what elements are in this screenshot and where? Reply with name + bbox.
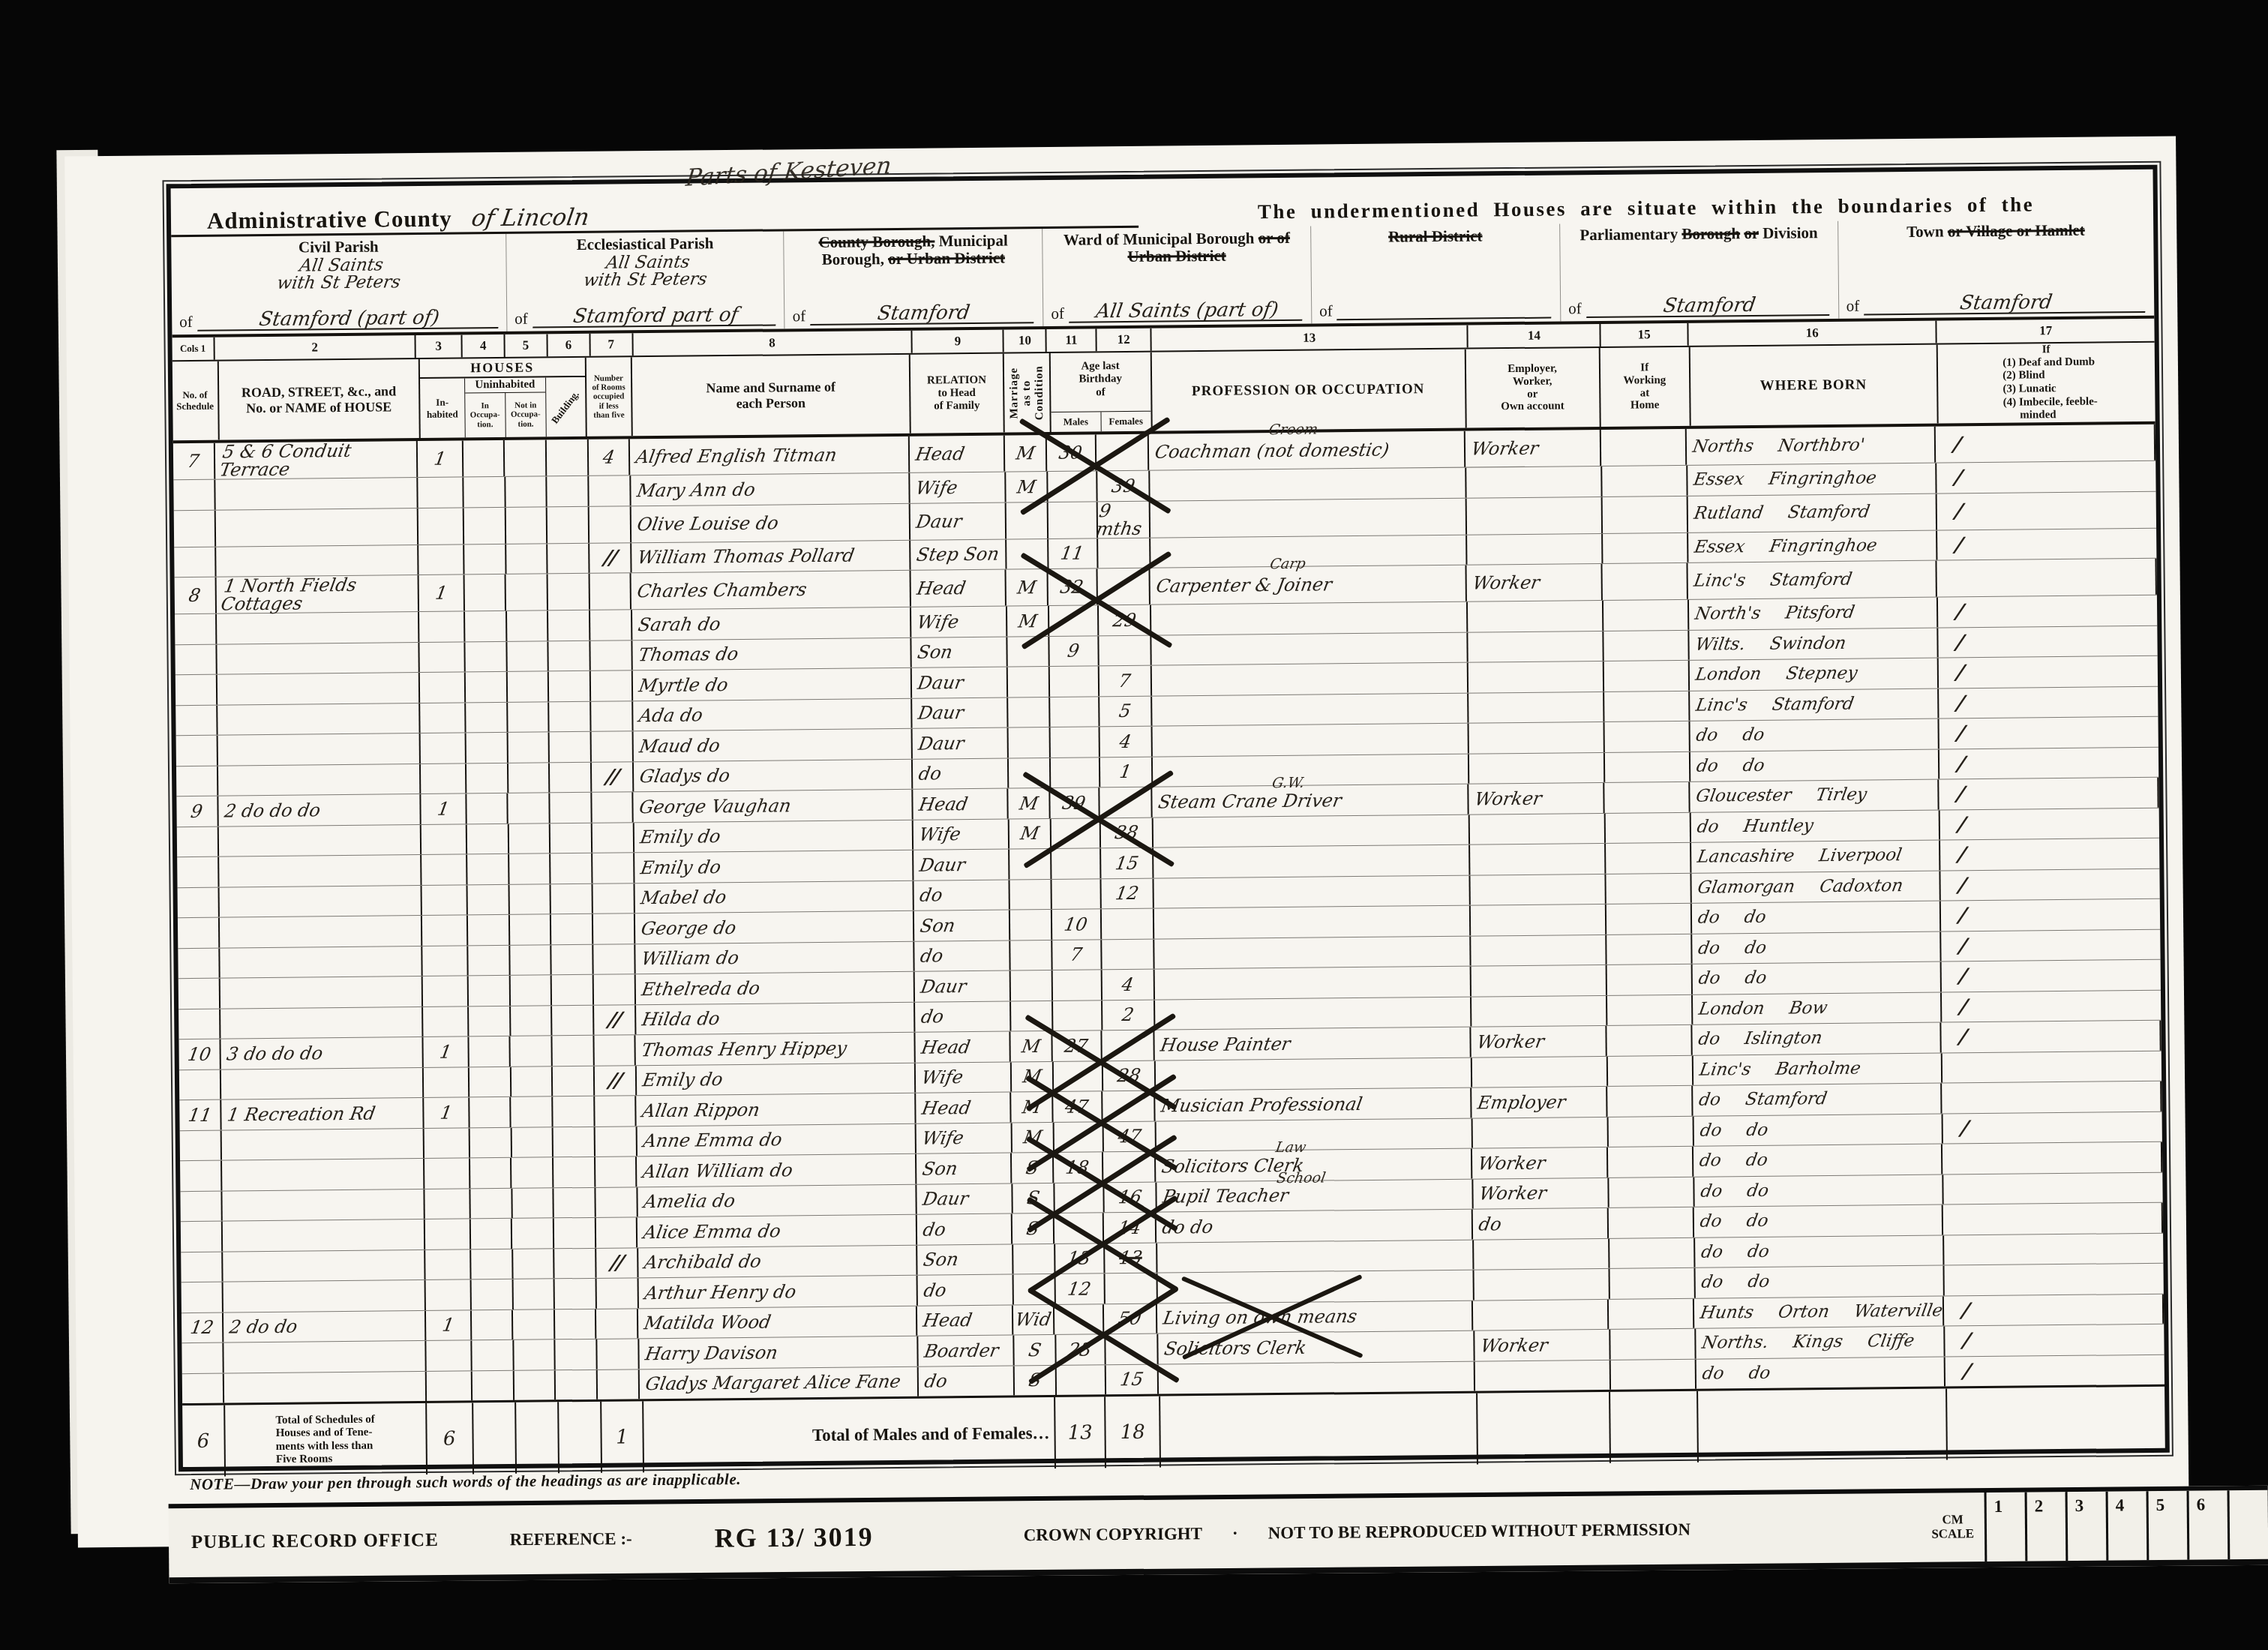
cell-rooms [593,944,635,974]
cell-rooms [595,1156,637,1186]
cell-uninhabited-occ [464,507,506,544]
cell-age-male: 11 [1048,538,1098,568]
cell-profession [1152,632,1468,665]
infirmity-mark: / [1946,936,1969,956]
cell-where-born: London Stepney [1690,658,1939,691]
header-in-occupation: In Occupa- tion. [465,393,506,438]
cell-relation: Head [909,436,1005,472]
cell-road [217,643,420,674]
cell-working-at-home [1607,1086,1693,1117]
cell-name: Archibald do [638,1245,918,1277]
cell-employer [1469,752,1606,783]
cell-uninhabited-occ [464,574,506,611]
cell-uninhabited-not [509,884,551,914]
permission-label: NOT TO BE REPRODUCED WITHOUT PERMISSION [1268,1520,1691,1543]
header-working-at-home: If Working at Home [1600,347,1690,427]
cell-condition [1006,538,1048,568]
cell-relation: do [916,1001,1012,1032]
cell-inhabited [422,915,468,945]
cell-uninhabited-not [509,853,551,883]
cell-working-at-home [1605,751,1691,782]
cell-profession: Carpenter & JoinerCarp [1150,565,1466,604]
cell-schedule [180,1191,222,1221]
cell-relation: Daur [914,850,1010,880]
cell-name: George do [635,911,915,943]
header-where-born: WHERE BORN [1690,345,1939,426]
cell-uninhabited-occ [471,1309,513,1339]
cell-inhabited [421,824,467,854]
cell-rooms [592,792,634,822]
cell-name: Amelia do [637,1184,917,1216]
cell-where-born: do do [1696,1357,1945,1389]
parish-cell: Civil ParishAll Saints with St PetersofS… [171,234,507,334]
cell-relation: Son [914,910,1010,940]
cell-road [217,733,421,765]
cell-building [549,671,591,701]
cell-where-born: do do [1692,901,1941,934]
cell-condition: M [1005,435,1047,472]
cell-age-male [1050,727,1099,757]
cell-rooms [595,1126,637,1156]
cell-schedule: 7 [173,443,215,480]
parish-header-row: Civil ParishAll Saints with St PetersofS… [171,218,2154,337]
cell-inhabited [425,1249,471,1279]
cell-road [219,886,422,917]
cell-age-female [1096,434,1149,471]
cell-age-male: 10 [1052,909,1102,939]
infirmity-mark: / [1946,966,1969,986]
cell-uninhabited-occ [468,884,510,914]
cell-age-female: 1 [1099,757,1153,787]
cell-where-born: North's Pitsford [1689,598,1938,630]
reference-label: REFERENCE :- [510,1529,632,1549]
cell-age-female: 38 [1100,817,1153,847]
cell-road [222,1219,425,1251]
cell-where-born: do do [1693,962,1942,994]
cell-uninhabited-not [506,574,548,610]
cell-employer [1471,904,1607,935]
cell-name: Gladys Margaret Alice Fane [639,1366,919,1399]
cell-age-male [1056,1365,1105,1395]
header-profession: PROFESSION OR OCCUPATION [1151,349,1466,431]
cell-schedule [177,826,219,856]
cell-uninhabited-not [505,476,547,506]
cell-uninhabited-not [505,439,547,476]
scale-segment: 2 [2025,1492,2066,1561]
total-schedules-value: 6 [182,1405,226,1477]
cell-where-born: Rutland Stamford [1688,493,1937,532]
cell-uninhabited-not [508,732,550,762]
cell-name: Allan Rippon [636,1093,916,1126]
header-name: Name and Surname of each Person [632,355,911,436]
parish-cell: County Borough, Municipal Borough, or Ur… [784,229,1044,328]
cell-working-at-home [1602,563,1688,600]
cell-rooms [598,1369,640,1399]
cell-uninhabited-occ [471,1219,513,1249]
cell-age-male [1053,1061,1102,1091]
cell-relation: do [918,1274,1014,1305]
cell-relation: Wife [913,819,1009,850]
cell-uninhabited-not [511,1066,553,1096]
cell-profession [1150,498,1467,537]
cell-working-at-home [1604,691,1690,721]
cell-profession [1159,1361,1475,1394]
cell-name: Thomas do [632,637,912,670]
cell-profession [1154,906,1471,939]
cell-employer: Worker [1465,430,1601,467]
cell-age-male [1054,1213,1103,1243]
profession-annotation: School [1276,1171,1327,1186]
cell-age-male: 39 [1050,787,1099,817]
cell-uninhabited-not [511,1036,553,1066]
infirmity-mark: / [1943,662,1966,682]
scanned-census-page: Page 2 Parts of Kesteven Administrative … [0,0,2268,1650]
cell-age-female: 5 [1099,696,1153,726]
cell-age-female [1098,538,1151,568]
cell-uninhabited-occ [465,611,507,641]
total-males-females-label: Total of Males and of Females… [644,1397,1056,1472]
cell-name: Ada do [633,698,913,730]
admin-county-label: Administrative County [207,205,452,235]
cell-condition: M [1011,1031,1053,1061]
cell-working-at-home [1603,630,1690,661]
cell-inhabited [421,854,467,884]
cell-age-female: 9 mths [1097,501,1150,538]
cell-rooms [594,1035,636,1065]
cell-where-born: do do [1694,1114,1943,1146]
profession-annotation: Groom [1267,423,1318,438]
cell-condition: S [1012,1183,1054,1213]
cell-uninhabited-not [507,671,549,701]
cell-employer [1470,874,1606,904]
cell-uninhabited-not [514,1370,556,1400]
cell-schedule [179,1069,221,1099]
cell-profession: do do [1156,1210,1472,1243]
cell-road: 2 do do do [218,794,421,826]
cell-uninhabited-occ [472,1279,514,1309]
cell-building [547,543,589,573]
cell-age-male: 18 [1054,1152,1103,1182]
cell-road [218,764,421,796]
cell-uninhabited-not [506,544,548,574]
cell-condition [1009,849,1051,879]
cell-employer [1470,813,1606,844]
cell-employer [1468,691,1605,722]
cell-uninhabited-not [513,1249,555,1279]
parish-of-line: ofStamford part of [511,304,780,329]
cell-rooms [589,506,631,543]
cell-profession [1155,967,1471,1000]
cell-schedule [176,736,218,766]
cell-where-born: do Huntley [1691,810,1940,842]
cell-working-at-home [1604,782,1690,813]
cell-uninhabited-not [511,1157,553,1187]
cell-name: Hilda do [636,1002,916,1034]
cell-infirmity [1942,1081,2162,1113]
cell-age-female: 13 [1105,1243,1158,1273]
cell-building [547,476,589,506]
cell-working-at-home [1606,812,1692,843]
cell-inhabited [426,1279,472,1309]
cell-age-male [1048,502,1097,538]
cell-building [550,701,592,731]
cell-uninhabited-not [510,914,552,944]
cell-working-at-home [1611,1359,1697,1390]
cell-road [221,1068,424,1099]
cell-building [554,1187,596,1217]
cell-age-female: 29 [1098,605,1151,635]
cell-inhabited: 1 [426,1310,472,1340]
column-number: 7 [590,333,633,356]
parish-of-line: ofStamford (part of) [176,307,502,333]
cell-rooms [590,610,632,640]
cell-infirmity: / [1940,808,2159,839]
cell-age-male: 13 [1055,1243,1105,1273]
column-number: 16 [1689,321,1937,346]
cell-where-born: do do [1693,931,1942,964]
scale-segment: 5 [2146,1491,2188,1560]
parish-label: Ward of Municipal Borough or of Urban Di… [1047,229,1306,266]
handwritten-county-parts: Parts of Kesteven [685,152,893,192]
cell-working-at-home [1608,1147,1694,1177]
header-employer: Employer, Worker, or Own account [1465,348,1600,428]
cell-road [223,1341,427,1372]
column-number: 17 [1937,319,2155,343]
total-males-value: 13 [1055,1396,1106,1468]
cell-profession [1153,693,1469,726]
cell-where-born: Wilts. Swindon [1690,628,1939,660]
cell-name: Emily do [634,850,914,883]
cell-relation: Head [910,570,1006,607]
cell-employer [1474,1238,1610,1269]
cell-condition [1011,970,1053,1000]
cell-employer [1472,1299,1608,1330]
cell-uninhabited-not [513,1309,555,1339]
cell-age-male [1051,879,1101,909]
cell-relation: Wife [910,472,1006,503]
infirmity-mark: / [1948,1118,1970,1138]
header-road: ROAD, STREET, &c., and No. or NAME of HO… [218,359,420,440]
cell-age-male [1053,1000,1102,1030]
cell-name: Anne Emma do [637,1123,916,1156]
cell-condition: M [1012,1122,1054,1152]
header-rooms: Number of Rooms occupied if less than fi… [586,357,633,436]
cell-age-male [1052,970,1102,1000]
cell-name: Myrtle do [632,668,912,700]
cell-schedule [175,614,217,644]
cell-employer [1467,533,1603,564]
cell-road [221,1129,424,1160]
cell-employer: Worker [1471,1026,1606,1057]
cell-uninhabited-occ [466,793,508,823]
cell-age-female [1099,635,1152,665]
cell-infirmity: / [1939,656,2158,688]
cell-relation: Daur [913,728,1009,759]
cell-uninhabited-not [512,1218,554,1248]
parish-handwriting [1561,241,1837,298]
cell-inhabited [420,703,466,733]
cell-rooms: 4 [588,439,630,475]
cell-where-born: do do [1693,1144,1942,1177]
column-number: 4 [463,334,505,358]
scale-segment: 4 [2106,1491,2147,1560]
header-males: Males [1051,412,1101,432]
cell-working-at-home [1606,904,1693,934]
cell-rooms [594,974,636,1004]
cell-age-male [1051,818,1100,848]
cell-relation: do [915,940,1011,971]
total-females-value: 18 [1105,1396,1161,1468]
cell-uninhabited-not [511,1127,553,1157]
cell-infirmity: / [1942,990,2161,1021]
cell-road [220,946,423,978]
header-building: Building. [546,377,585,436]
profession-annotation: Carp [1269,557,1306,571]
cell-employer [1468,631,1604,661]
cell-profession [1156,997,1472,1030]
cm-scale-ruler: 123456 [1984,1490,2268,1561]
cell-profession [1158,1270,1474,1303]
cell-age-female: 15 [1105,1364,1159,1394]
cell-working-at-home [1605,721,1691,752]
cell-infirmity: / [1937,528,2156,559]
cell-infirmity: / [1941,868,2160,900]
cell-infirmity [1942,1051,2161,1082]
parish-of-value: Stamford [1864,292,2148,316]
cell-uninhabited-occ [466,733,508,763]
copyright-label: CROWN COPYRIGHT [1024,1524,1203,1545]
cell-relation: do [913,758,1009,789]
cell-profession [1153,814,1470,847]
cell-profession [1156,1057,1472,1090]
cell-condition [1006,502,1048,538]
cell-schedule [181,1282,223,1312]
cell-inhabited [423,946,469,976]
cell-employer [1466,466,1603,497]
cell-inhabited [419,611,465,641]
cell-road [220,1007,424,1039]
cell-rooms [597,1278,639,1308]
cell-age-male [1049,666,1099,696]
cell-name: Mabel do [634,880,914,913]
cell-inhabited [424,1158,470,1188]
cell-uninhabited-not [507,641,549,671]
cell-rooms [592,853,634,883]
cell-relation: Boarder [919,1335,1015,1366]
cell-inhabited [423,1006,469,1036]
cell-profession [1151,602,1468,635]
cell-building [555,1279,597,1309]
cell-rooms [592,823,634,853]
cell-age-female [1102,1091,1156,1121]
cell-uninhabited-not [508,763,550,793]
cell-schedule [177,857,219,887]
cell-schedule [173,480,215,510]
cell-uninhabited-occ [470,1188,512,1218]
cell-name: Charles Chambers [631,571,911,610]
cell-building [553,1126,595,1156]
cell-schedule: 10 [178,1039,220,1069]
cell-employer: Worker [1471,1147,1607,1178]
cell-where-born: do do [1696,1266,1945,1298]
cell-age-male [1054,1122,1103,1152]
header-age-group: Age last Birthday of Males Females [1050,352,1152,432]
cell-road: 1 North Fields Cottages [216,575,419,613]
cell-profession: Pupil TeacherSchool [1157,1179,1474,1212]
cell-relation: Son [916,1153,1012,1183]
infirmity-mark: / [1943,632,1966,652]
cell-infirmity [1944,1172,2163,1204]
cell-building [550,793,592,823]
cell-relation: Head [916,1092,1012,1123]
infirmity-mark: / [1943,693,1966,713]
cell-where-born: Essex Fingringhoe [1689,530,1938,562]
cell-rooms: // [594,1005,636,1035]
cell-relation: do [919,1366,1015,1396]
cell-working-at-home [1604,661,1690,691]
cell-age-male [1048,471,1097,501]
cell-age-female: 16 [1104,1182,1157,1212]
cell-inhabited [424,1128,470,1158]
cell-relation: Daur [910,502,1006,539]
cell-building [548,610,590,640]
cell-infirmity: / [1941,1021,2161,1052]
infirmity-mark: / [1948,1300,1971,1321]
cell-age-female: 4 [1099,727,1153,757]
column-number: 9 [913,330,1004,353]
census-table-body: 75 & 6 Conduit Terrace14Alfred English T… [173,424,2164,1403]
cell-name: Allan William do [637,1154,916,1186]
cell-condition: M [1012,1061,1054,1091]
cell-where-born: Linc's Barholme [1693,1053,1942,1085]
cell-road [215,508,418,547]
profession-annotation: G.W. [1270,776,1305,790]
cell-relation: Daur [912,667,1008,698]
cell-infirmity [1942,1142,2163,1174]
cell-inhabited [425,1189,471,1219]
cell-inhabited [427,1340,472,1370]
cell-name: William do [635,941,915,973]
parish-handwriting: All Saints with St Peters [507,251,783,307]
cell-inhabited [420,642,466,672]
cell-uninhabited-occ [470,1158,512,1188]
header-not-in-occupation: Not in Occupa- tion. [505,392,546,437]
cell-profession [1153,754,1469,787]
cell-name: Maud do [633,729,913,761]
cell-infirmity [1936,559,2157,597]
parish-label: Rural District [1315,226,1555,246]
cell-profession [1154,875,1471,908]
cell-age-male: 7 [1052,940,1102,970]
parish-handwriting [1045,263,1309,302]
cell-schedule [181,1252,223,1282]
cell-condition [1011,1000,1053,1030]
cell-infirmity: / [1939,686,2158,718]
cell-working-at-home [1608,1207,1694,1238]
cell-infirmity [1945,1264,2164,1295]
infirmity-item: (1) Deaf and Dumb [2002,355,2097,370]
cell-working-at-home [1608,1298,1694,1329]
cell-condition: S [1012,1153,1054,1183]
cell-age-female: 39 [1097,471,1150,501]
cell-road [223,1371,427,1402]
cell-profession: Musician Professional [1156,1088,1471,1121]
cell-where-born: do do [1695,1174,1944,1207]
parish-handwriting: All Saints with St Peters [172,254,505,311]
cell-inhabited [421,733,466,763]
cell-uninhabited-not [510,945,552,975]
cell-name: Mary Ann do [631,473,910,505]
